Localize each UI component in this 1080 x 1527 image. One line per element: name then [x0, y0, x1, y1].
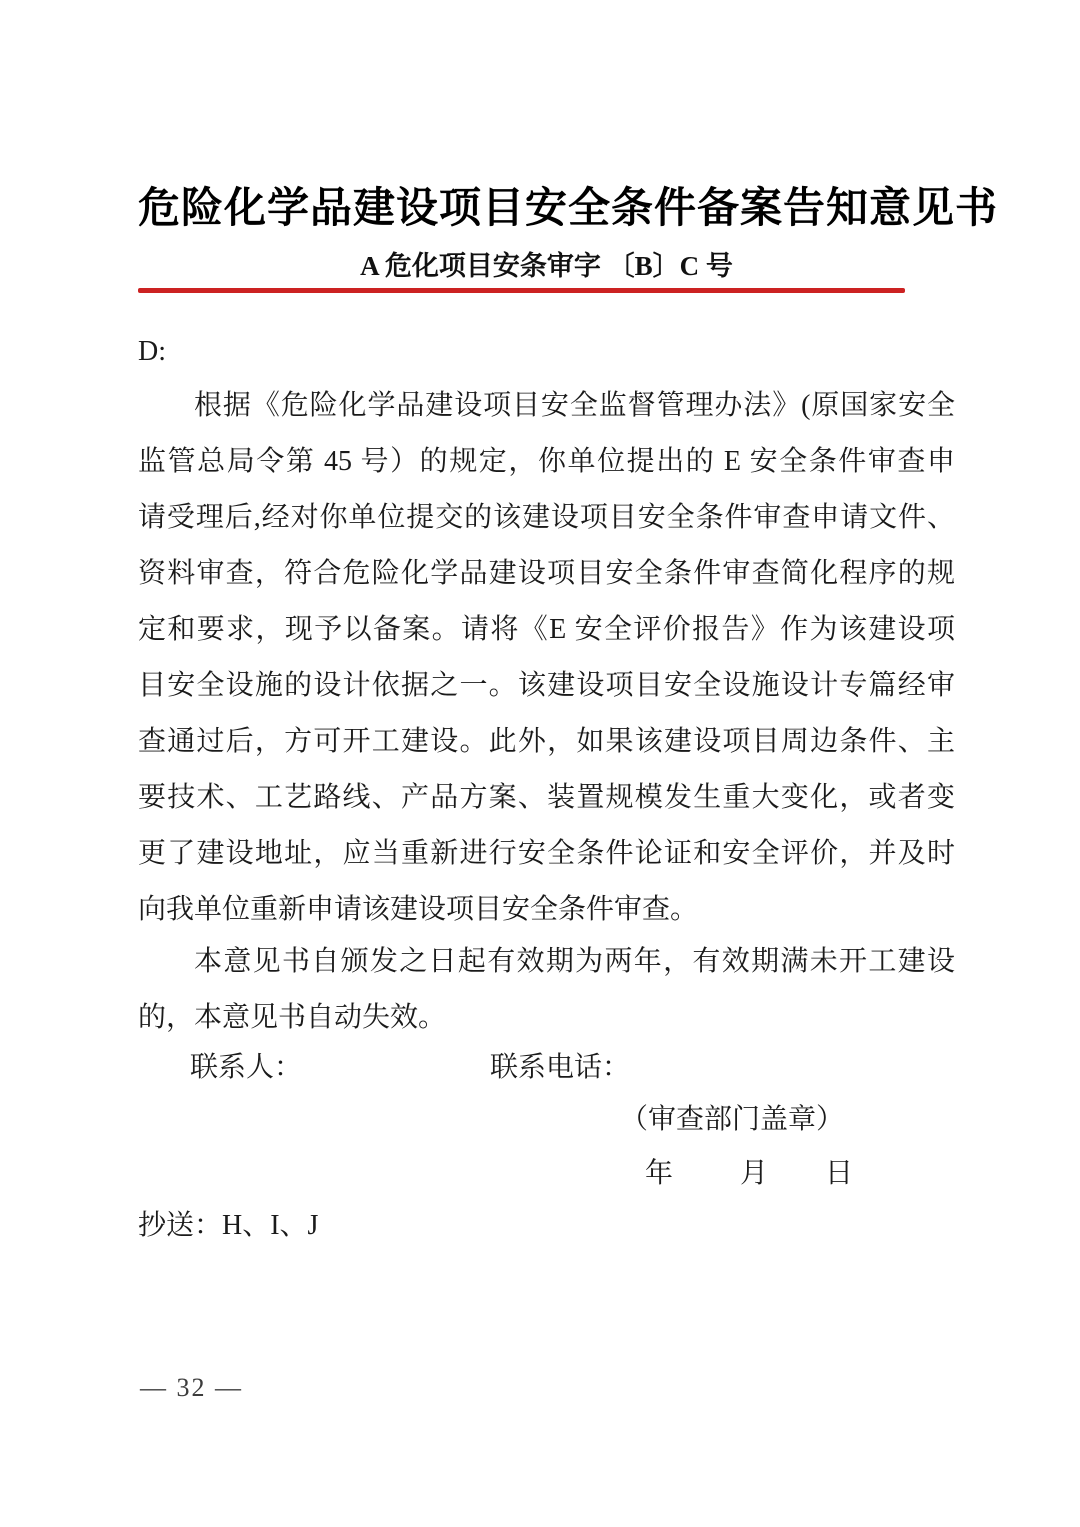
date-month-label: 月	[740, 1156, 768, 1192]
date-day-label: 日	[825, 1156, 853, 1192]
body-line: 监管总局令第 45 号）的规定，你单位提出的 E 安全条件审查申	[138, 444, 955, 480]
body-line: 请受理后,经对你单位提交的该建设项目安全条件审查申请文件、	[138, 500, 955, 536]
red-divider-rule	[138, 288, 905, 293]
body-line: 查通过后，方可开工建设。此外，如果该建设项目周边条件、主	[138, 724, 955, 760]
date-year-label: 年	[645, 1156, 673, 1192]
contact-phone-label: 联系电话：	[490, 1050, 630, 1086]
body-line: 向我单位重新申请该建设项目安全条件审查。	[138, 892, 955, 928]
body-line: 定和要求，现予以备案。请将《E 安全评价报告》作为该建设项	[138, 612, 955, 648]
body-line: 更了建设地址，应当重新进行安全条件论证和安全评价，并及时	[138, 836, 955, 872]
contact-person-label: 联系人：	[190, 1050, 302, 1086]
document-title: 危险化学品建设项目安全条件备案告知意见书	[138, 183, 955, 233]
page-number: — 32 —	[140, 1372, 243, 1404]
body-line: 要技术、工艺路线、产品方案、装置规模发生重大变化，或者变	[138, 780, 955, 816]
seal-note: （审查部门盖章）	[620, 1102, 844, 1138]
cc-line: 抄送：H、I、J	[138, 1208, 955, 1244]
document-number-line: A 危化项目安条审字 〔B〕C 号	[138, 249, 955, 283]
body-line: 目安全设施的设计依据之一。该建设项目安全设施设计专篇经审	[138, 668, 955, 704]
body-line: 根据《危险化学品建设项目安全监督管理办法》(原国家安全	[138, 388, 955, 424]
salutation-line: D:	[138, 334, 955, 370]
document-page: 危险化学品建设项目安全条件备案告知意见书 A 危化项目安条审字 〔B〕C 号 D…	[0, 0, 1080, 1527]
body-line: 的，本意见书自动失效。	[138, 1000, 955, 1036]
body-line: 本意见书自颁发之日起有效期为两年，有效期满未开工建设	[138, 944, 955, 980]
body-line: 资料审查，符合危险化学品建设项目安全条件审查简化程序的规	[138, 556, 955, 592]
